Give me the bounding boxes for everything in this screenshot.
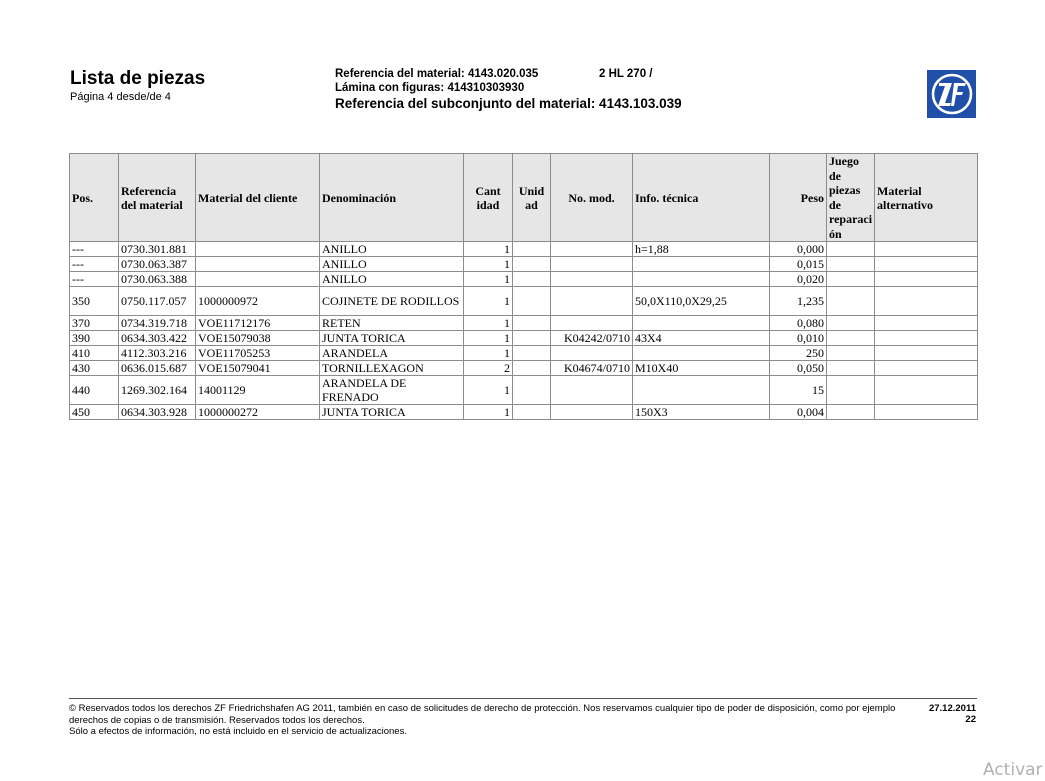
- parts-table: Pos. Referencia del material Material de…: [69, 153, 978, 420]
- table-row: 4401269.302.16414001129ARANDELA DE FRENA…: [70, 376, 978, 405]
- cell-repair-kit: [827, 272, 875, 287]
- cell-quantity: 1: [464, 346, 513, 361]
- table-row: 3500750.117.0571000000972COJINETE DE ROD…: [70, 287, 978, 316]
- cell-reference: 0634.303.928: [119, 405, 196, 420]
- cell-tech-info: [633, 316, 770, 331]
- cell-pos: ---: [70, 257, 119, 272]
- cell-unit: [513, 242, 551, 257]
- cell-alternative-material: [875, 242, 978, 257]
- cell-pos: ---: [70, 242, 119, 257]
- cell-reference: 0730.063.388: [119, 272, 196, 287]
- cell-quantity: 1: [464, 376, 513, 405]
- cell-weight: 250: [770, 346, 827, 361]
- col-header-quantity: Cant idad: [464, 154, 513, 242]
- cell-model-no: [551, 287, 633, 316]
- cell-customer-material: 1000000272: [196, 405, 320, 420]
- cell-customer-material: [196, 242, 320, 257]
- cell-customer-material: VOE11712176: [196, 316, 320, 331]
- cell-quantity: 1: [464, 242, 513, 257]
- cell-model-no: [551, 376, 633, 405]
- cell-tech-info: 50,0X110,0X29,25: [633, 287, 770, 316]
- page-title: Lista de piezas: [70, 68, 205, 90]
- col-header-model-no: No. mod.: [551, 154, 633, 242]
- cell-designation: ANILLO: [320, 272, 464, 287]
- cell-model-no: [551, 272, 633, 287]
- cell-reference: 0636.015.687: [119, 361, 196, 376]
- col-header-unit: Unid ad: [513, 154, 551, 242]
- subassembly-reference: Referencia del subconjunto del material:…: [335, 96, 682, 111]
- cell-model-no: [551, 257, 633, 272]
- cell-alternative-material: [875, 346, 978, 361]
- cell-repair-kit: [827, 287, 875, 316]
- cell-weight: 1,235: [770, 287, 827, 316]
- footer-divider: [69, 698, 977, 699]
- cell-alternative-material: [875, 331, 978, 346]
- cell-model-no: [551, 316, 633, 331]
- cell-quantity: 1: [464, 405, 513, 420]
- cell-repair-kit: [827, 331, 875, 346]
- footer-disclaimer: Sólo a efectos de información, no está i…: [69, 726, 919, 738]
- cell-unit: [513, 316, 551, 331]
- cell-weight: 0,004: [770, 405, 827, 420]
- cell-alternative-material: [875, 316, 978, 331]
- cell-weight: 0,080: [770, 316, 827, 331]
- cell-reference: 0750.117.057: [119, 287, 196, 316]
- page-info: Página 4 desde/de 4: [70, 91, 171, 103]
- cell-unit: [513, 287, 551, 316]
- table-row: 3700734.319.718VOE11712176RETEN10,080: [70, 316, 978, 331]
- cell-model-no: K04242/0710: [551, 331, 633, 346]
- col-header-alternative-material: Material alternativo: [875, 154, 978, 242]
- cell-pos: 350: [70, 287, 119, 316]
- cell-pos: 430: [70, 361, 119, 376]
- cell-unit: [513, 257, 551, 272]
- cell-customer-material: [196, 272, 320, 287]
- footer-page-number: 22: [965, 714, 976, 725]
- footer-legal: © Reservados todos los derechos ZF Fried…: [69, 703, 919, 738]
- cell-unit: [513, 361, 551, 376]
- cell-repair-kit: [827, 346, 875, 361]
- cell-designation: TORNILLEXAGON: [320, 361, 464, 376]
- cell-pos: 370: [70, 316, 119, 331]
- cell-weight: 0,000: [770, 242, 827, 257]
- cell-repair-kit: [827, 405, 875, 420]
- cell-customer-material: 14001129: [196, 376, 320, 405]
- cell-customer-material: [196, 257, 320, 272]
- cell-tech-info: [633, 346, 770, 361]
- cell-tech-info: [633, 257, 770, 272]
- cell-pos: ---: [70, 272, 119, 287]
- table-row: 4300636.015.687VOE15079041TORNILLEXAGON2…: [70, 361, 978, 376]
- cell-repair-kit: [827, 316, 875, 331]
- footer-date: 27.12.2011: [929, 703, 976, 714]
- cell-reference: 0734.319.718: [119, 316, 196, 331]
- table-row: ---0730.301.881ANILLO1h=1,880,000: [70, 242, 978, 257]
- table-row: 4500634.303.9281000000272JUNTA TORICA115…: [70, 405, 978, 420]
- cell-quantity: 1: [464, 272, 513, 287]
- material-reference: Referencia del material: 4143.020.035: [335, 68, 538, 80]
- zf-logo-icon: [930, 72, 974, 116]
- cell-weight: 0,050: [770, 361, 827, 376]
- cell-tech-info: 43X4: [633, 331, 770, 346]
- cell-alternative-material: [875, 376, 978, 405]
- cell-customer-material: 1000000972: [196, 287, 320, 316]
- cell-unit: [513, 346, 551, 361]
- cell-model-no: K04674/0710: [551, 361, 633, 376]
- cell-designation: ARANDELA DE FRENADO: [320, 376, 464, 405]
- cell-pos: 450: [70, 405, 119, 420]
- cell-customer-material: VOE15079038: [196, 331, 320, 346]
- cell-tech-info: [633, 376, 770, 405]
- cell-model-no: [551, 405, 633, 420]
- cell-pos: 440: [70, 376, 119, 405]
- cell-quantity: 1: [464, 331, 513, 346]
- cell-model-no: [551, 242, 633, 257]
- cell-unit: [513, 272, 551, 287]
- cell-alternative-material: [875, 257, 978, 272]
- cell-designation: JUNTA TORICA: [320, 405, 464, 420]
- cell-unit: [513, 376, 551, 405]
- table-row: ---0730.063.387ANILLO10,015: [70, 257, 978, 272]
- cell-reference: 0730.301.881: [119, 242, 196, 257]
- cell-repair-kit: [827, 257, 875, 272]
- table-row: ---0730.063.388ANILLO10,020: [70, 272, 978, 287]
- cell-quantity: 2: [464, 361, 513, 376]
- cell-alternative-material: [875, 287, 978, 316]
- col-header-repair-kit: Juego de piezas de reparaci ón: [827, 154, 875, 242]
- cell-designation: ANILLO: [320, 242, 464, 257]
- windows-activation-watermark: Activar: [983, 760, 1043, 780]
- figure-sheet-reference: Lámina con figuras: 414310303930: [335, 82, 524, 94]
- cell-pos: 410: [70, 346, 119, 361]
- cell-reference: 0730.063.387: [119, 257, 196, 272]
- cell-weight: 0,015: [770, 257, 827, 272]
- col-header-pos: Pos.: [70, 154, 119, 242]
- col-header-designation: Denominación: [320, 154, 464, 242]
- cell-reference: 4112.303.216: [119, 346, 196, 361]
- cell-unit: [513, 405, 551, 420]
- cell-tech-info: [633, 272, 770, 287]
- cell-model-no: [551, 346, 633, 361]
- cell-repair-kit: [827, 376, 875, 405]
- cell-alternative-material: [875, 361, 978, 376]
- col-header-customer-material: Material del cliente: [196, 154, 320, 242]
- cell-alternative-material: [875, 272, 978, 287]
- table-header-row: Pos. Referencia del material Material de…: [70, 154, 978, 242]
- cell-customer-material: VOE15079041: [196, 361, 320, 376]
- cell-designation: JUNTA TORICA: [320, 331, 464, 346]
- cell-designation: RETEN: [320, 316, 464, 331]
- table-row: 3900634.303.422VOE15079038JUNTA TORICA1K…: [70, 331, 978, 346]
- cell-weight: 0,010: [770, 331, 827, 346]
- cell-quantity: 1: [464, 257, 513, 272]
- footer-copyright: © Reservados todos los derechos ZF Fried…: [69, 703, 919, 726]
- cell-designation: COJINETE DE RODILLOS: [320, 287, 464, 316]
- cell-reference: 0634.303.422: [119, 331, 196, 346]
- cell-tech-info: 150X3: [633, 405, 770, 420]
- table-row: 4104112.303.216VOE11705253ARANDELA1250: [70, 346, 978, 361]
- cell-repair-kit: [827, 242, 875, 257]
- col-header-tech-info: Info. técnica: [633, 154, 770, 242]
- zf-logo: [927, 70, 976, 118]
- cell-weight: 15: [770, 376, 827, 405]
- model-designation: 2 HL 270 /: [599, 68, 653, 80]
- cell-weight: 0,020: [770, 272, 827, 287]
- cell-unit: [513, 331, 551, 346]
- cell-designation: ARANDELA: [320, 346, 464, 361]
- cell-tech-info: M10X40: [633, 361, 770, 376]
- cell-tech-info: h=1,88: [633, 242, 770, 257]
- col-header-weight: Peso: [770, 154, 827, 242]
- cell-quantity: 1: [464, 316, 513, 331]
- col-header-reference: Referencia del material: [119, 154, 196, 242]
- cell-customer-material: VOE11705253: [196, 346, 320, 361]
- cell-quantity: 1: [464, 287, 513, 316]
- cell-pos: 390: [70, 331, 119, 346]
- cell-repair-kit: [827, 361, 875, 376]
- cell-reference: 1269.302.164: [119, 376, 196, 405]
- cell-alternative-material: [875, 405, 978, 420]
- cell-designation: ANILLO: [320, 257, 464, 272]
